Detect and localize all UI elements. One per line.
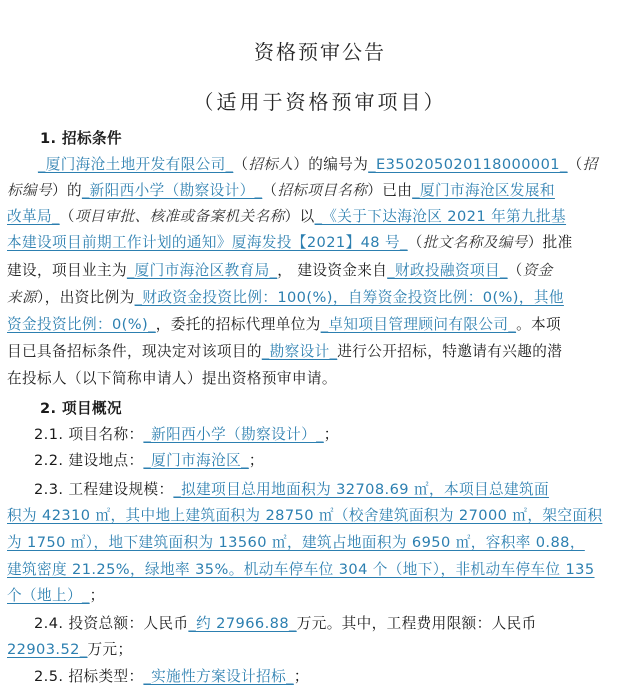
text-segment: ；	[90, 587, 105, 604]
paragraph-line: _厦门海沧土地开发有限公司_（招标人）的编号为_E350205020118000…	[38, 154, 598, 176]
text-segment: 2.1. 项目名称：	[34, 426, 143, 443]
paragraph-line: 积为 42310 ㎡，其中地上建筑面积为 28750 ㎡（校舍建筑面积为 270…	[7, 505, 602, 527]
text-segment: 2.5. 招标类型：	[34, 668, 143, 685]
text-segment: ， 建设资金来自	[277, 262, 387, 279]
filled-field-value: 建筑密度 21.25%，绿地率 35%。机动车停车位 304 个（地下），非机动…	[7, 561, 595, 578]
filled-field-value: _财政资金投资比例：100(%)，自筹资金投资比例：0(%)，其他	[135, 289, 564, 306]
text-segment: 进行公开招标，特邀请有兴趣的潜	[337, 343, 562, 360]
paragraph-line: 建筑密度 21.25%，绿地率 35%。机动车停车位 304 个（地下），非机动…	[7, 559, 595, 581]
text-segment: 2.2. 建设地点：	[34, 452, 143, 469]
paragraph-line: 22903.52_万元；	[7, 639, 133, 661]
filled-field-value: _厦门市海沧区发展和	[412, 182, 555, 199]
paragraph-line: 本建设项目前期工作计划的通知》厦海发投【2021】48 号_（批文名称及编号）批…	[7, 232, 573, 254]
field-label-note: 资金	[523, 262, 553, 279]
text-segment: 。本项	[516, 316, 561, 333]
page-subtitle: （适用于资格预审项目）	[0, 86, 640, 115]
text-segment: ），出资比例为	[37, 289, 135, 306]
filled-field-value: 改革局_	[7, 208, 60, 225]
field-label-note: 招	[583, 156, 598, 173]
filled-field-value: _新阳西小学（勘察设计）_	[143, 426, 323, 443]
text-segment: 万元；	[88, 641, 133, 658]
section-2-heading: 2. 项目概况	[40, 398, 122, 420]
paragraph-line: 标编号）的_新阳西小学（勘察设计）_（招标项目名称）已由_厦门市海沧区发展和	[7, 180, 555, 202]
paragraph-line: 在投标人（以下简称申请人）提出资格预审申请。	[7, 368, 337, 390]
text-segment: 2.4. 投资总额：人民币	[34, 615, 188, 632]
paragraph-line: 资金投资比例：0(%)_，委托的招标代理单位为_卓知项目管理顾问有限公司_。本项	[7, 314, 561, 336]
filled-field-value: _约 27966.88_	[188, 615, 296, 632]
paragraph-line: 2.4. 投资总额：人民币_约 27966.88_万元。其中，工程费用限额：人民…	[34, 613, 537, 635]
filled-field-value: _E350205020118000001_	[368, 156, 567, 173]
paragraph-line: 2.2. 建设地点：_厦门市海沧区_；	[34, 450, 264, 472]
text-segment: 目已具备招标条件，现决定对该项目的	[7, 343, 262, 360]
field-label-note: 项目审批、核准或备案机关名称	[75, 208, 285, 225]
text-segment: ）已由	[367, 182, 412, 199]
text-segment: ）的	[52, 182, 82, 199]
filled-field-value: _卓知项目管理顾问有限公司_	[321, 316, 516, 333]
text-segment: ；	[324, 426, 339, 443]
field-label-note: 来源	[7, 289, 37, 306]
filled-field-value: _厦门市海沧区教育局_	[127, 262, 277, 279]
paragraph-line: 改革局_（项目审批、核准或备案机关名称）以_《关于下达海沧区 2021 年第九批…	[7, 206, 566, 228]
field-label-note: 标编号	[7, 182, 52, 199]
filled-field-value: 为 1750 ㎡），地下建筑面积为 13560 ㎡，建筑占地面积为 6950 ㎡…	[7, 534, 585, 551]
text-segment: （	[60, 208, 75, 225]
text-segment: 在投标人（以下简称申请人）提出资格预审申请。	[7, 370, 337, 387]
filled-field-value: _拟建项目总用地面积为 32708.69 ㎡，本项目总建筑面	[173, 481, 549, 498]
paragraph-line: 2.5. 招标类型：_实施性方案设计招标_；	[34, 666, 309, 687]
paragraph-line: 2.3. 工程建设规模：_拟建项目总用地面积为 32708.69 ㎡，本项目总建…	[34, 479, 549, 501]
text-segment: ）以	[285, 208, 315, 225]
filled-field-value: 本建设项目前期工作计划的通知》厦海发投【2021】48 号_	[7, 234, 408, 251]
filled-field-value: _勘察设计_	[262, 343, 337, 360]
filled-field-value: 积为 42310 ㎡，其中地上建筑面积为 28750 ㎡（校舍建筑面积为 270…	[7, 507, 602, 524]
page-title: 资格预审公告	[0, 36, 640, 65]
text-segment: （	[262, 182, 277, 199]
text-segment: 建设，项目业主为	[7, 262, 127, 279]
filled-field-value: 资金投资比例：0(%)_	[7, 316, 156, 333]
text-segment: （	[508, 262, 523, 279]
filled-field-value: _新阳西小学（勘察设计）_	[82, 182, 262, 199]
text-segment: ）批准	[528, 234, 573, 251]
text-segment: ；	[294, 668, 309, 685]
paragraph-line: 来源），出资比例为_财政资金投资比例：100(%)，自筹资金投资比例：0(%)，…	[7, 287, 564, 309]
field-label-note: 招标项目名称	[277, 182, 367, 199]
paragraph-line: 目已具备招标条件，现决定对该项目的_勘察设计_进行公开招标，特邀请有兴趣的潜	[7, 341, 562, 363]
filled-field-value: _厦门海沧土地开发有限公司_	[38, 156, 233, 173]
filled-field-value: 个（地上）_	[7, 587, 90, 604]
text-segment: （	[408, 234, 423, 251]
text-segment: （	[233, 156, 248, 173]
filled-field-value: _《关于下达海沧区 2021 年第九批基	[315, 208, 566, 225]
paragraph-line: 建设，项目业主为_厦门市海沧区教育局_， 建设资金来自_财政投融资项目_（资金	[7, 260, 553, 282]
filled-field-value: 22903.52_	[7, 641, 88, 658]
filled-field-value: _厦门市海沧区_	[143, 452, 248, 469]
paragraph-line: 2.1. 项目名称：_新阳西小学（勘察设计）_；	[34, 424, 339, 446]
text-segment: ）的编号为	[293, 156, 368, 173]
text-segment: 2.3. 工程建设规模：	[34, 481, 173, 498]
text-segment: ，委托的招标代理单位为	[156, 316, 321, 333]
field-label-note: 批文名称及编号	[423, 234, 528, 251]
text-segment: 万元。其中，工程费用限额：人民币	[297, 615, 537, 632]
text-segment: （	[568, 156, 583, 173]
field-label-note: 招标人	[248, 156, 293, 173]
filled-field-value: _实施性方案设计招标_	[143, 668, 293, 685]
text-segment: ；	[249, 452, 264, 469]
paragraph-line: 为 1750 ㎡），地下建筑面积为 13560 ㎡，建筑占地面积为 6950 ㎡…	[7, 532, 585, 554]
document-page: 资格预审公告 （适用于资格预审项目） 1. 招标条件 _厦门海沧土地开发有限公司…	[0, 0, 640, 687]
section-1-heading: 1. 招标条件	[40, 128, 122, 150]
filled-field-value: _财政投融资项目_	[387, 262, 507, 279]
paragraph-line: 个（地上）_；	[7, 585, 105, 607]
